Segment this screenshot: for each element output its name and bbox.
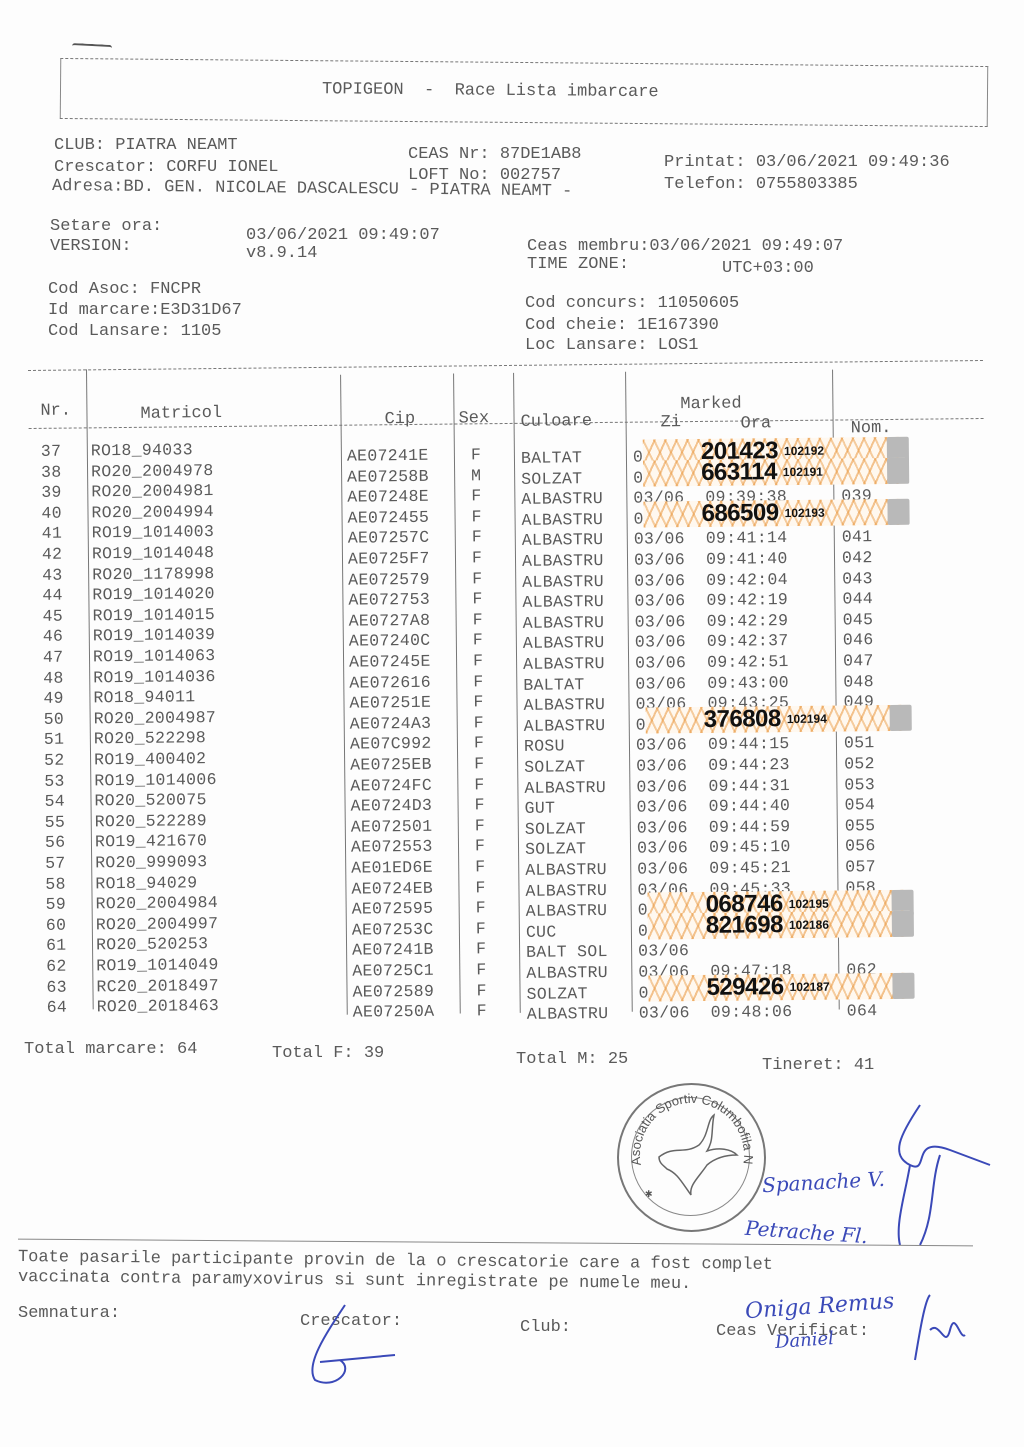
loc-lansare-line: Loc Lansare: LOS1 bbox=[525, 336, 698, 355]
cell-ora: 09:42:19 bbox=[706, 590, 788, 610]
cell-sex: F bbox=[476, 940, 486, 959]
cell-matricol: RO20_2004987 bbox=[94, 708, 217, 728]
cell-cip: AE0724FC bbox=[350, 775, 432, 795]
cell-nom: 054 bbox=[845, 795, 876, 814]
cell-ora: 09:44:40 bbox=[709, 796, 791, 816]
header-culoare: Culoare bbox=[520, 412, 592, 432]
telefon-line: Telefon: 0755803385 bbox=[664, 175, 858, 194]
col-divider-culoare bbox=[625, 372, 633, 1012]
cell-cip: AE072753 bbox=[348, 590, 430, 610]
cell-sex: F bbox=[475, 878, 485, 897]
header-matricol: Matricol bbox=[140, 404, 222, 424]
cell-matricol: RO19_1014003 bbox=[92, 522, 215, 542]
cell-ora: 09:42:04 bbox=[706, 570, 788, 590]
chip-icon bbox=[892, 911, 914, 937]
sticker-serial: 102186 bbox=[789, 917, 829, 931]
semnatura-label: Semnatura: bbox=[18, 1304, 120, 1323]
cell-sex: F bbox=[477, 1001, 487, 1020]
cell-sex: F bbox=[471, 486, 481, 505]
cell-culoare: ALBASTRU bbox=[522, 551, 604, 571]
chip-icon bbox=[887, 457, 909, 483]
ring-sticker: 686509102193 bbox=[643, 499, 905, 528]
signature-4: Daniel bbox=[774, 1328, 834, 1353]
cell-ora: 09:42:29 bbox=[707, 611, 789, 631]
title-box-right-border bbox=[987, 66, 989, 126]
cell-culoare: ALBASTRU bbox=[523, 654, 605, 674]
cell-sex: F bbox=[476, 981, 486, 1000]
cell-zi: 03/06 bbox=[637, 859, 688, 879]
cell-matricol: RO20_2004994 bbox=[91, 502, 214, 522]
cell-zi: 03/06 bbox=[634, 571, 685, 591]
col-divider-sex bbox=[513, 373, 521, 1013]
cell-nr: 45 bbox=[42, 606, 63, 625]
cell-sex: F bbox=[474, 795, 484, 814]
cell-ora: 09:41:14 bbox=[706, 528, 788, 548]
cell-sex: M bbox=[471, 466, 481, 485]
sticker-serial: 102194 bbox=[787, 711, 827, 725]
cell-sex: F bbox=[472, 569, 482, 588]
cell-ora: 09:42:37 bbox=[707, 631, 789, 651]
cell-cip: AE07241E bbox=[347, 446, 429, 466]
cell-nr: 49 bbox=[43, 689, 64, 708]
header-nr: Nr. bbox=[40, 402, 71, 421]
cell-zi: 03/06 bbox=[639, 1003, 690, 1023]
verification-signature-icon bbox=[905, 1290, 975, 1370]
cell-sex: F bbox=[474, 713, 484, 732]
cell-culoare: ALBASTRU bbox=[521, 489, 603, 509]
cell-matricol: RO20_2018463 bbox=[97, 996, 220, 1016]
cell-ora: 09:42:51 bbox=[707, 652, 789, 672]
cell-culoare: ALBASTRU bbox=[526, 963, 608, 983]
cell-culoare: ALBASTRU bbox=[523, 633, 605, 653]
cell-zi: 03/06 bbox=[634, 591, 685, 611]
cell-matricol: RO19_1014049 bbox=[96, 955, 219, 975]
club-line: CLUB: PIATRA NEAMT bbox=[54, 136, 238, 155]
cell-culoare: SOLZAT bbox=[526, 984, 587, 1004]
cell-nr: 38 bbox=[41, 462, 62, 481]
header-sex: Sex bbox=[458, 409, 489, 428]
cell-culoare: ALBASTRU bbox=[527, 1004, 609, 1024]
cell-cip: AE072501 bbox=[351, 817, 433, 837]
ring-sticker: 376808102194 bbox=[646, 705, 908, 734]
cell-ora: 09:43:00 bbox=[707, 673, 789, 693]
signature-3: Oniga Remus bbox=[744, 1289, 895, 1324]
cell-nr: 48 bbox=[43, 668, 64, 687]
cell-ora: 09:45:10 bbox=[709, 837, 791, 857]
cell-culoare: BALTAT bbox=[523, 675, 584, 695]
cell-nom: 053 bbox=[844, 775, 875, 794]
cell-matricol: RO18_94011 bbox=[93, 687, 195, 707]
cell-nr: 52 bbox=[44, 751, 65, 770]
cell-nr: 53 bbox=[44, 771, 65, 790]
title-box-top-border bbox=[60, 58, 988, 67]
cell-nr: 46 bbox=[43, 627, 64, 646]
cell-ora: 09:44:31 bbox=[708, 776, 790, 796]
cell-zi: 03/06 bbox=[636, 736, 687, 756]
cell-sex: F bbox=[472, 548, 482, 567]
version-label: VERSION: bbox=[50, 237, 132, 256]
cell-matricol: RO19_400402 bbox=[94, 749, 206, 769]
cell-ora: 09:44:15 bbox=[708, 734, 790, 754]
ceas-membru-line: Ceas membru:03/06/2021 09:49:07 bbox=[527, 237, 843, 256]
club-stamp: Asociatia Sportiv Columbofila Neamt ✱ bbox=[617, 1083, 766, 1232]
crescator-line: Crescator: CORFU IONEL bbox=[54, 158, 278, 177]
cod-asoc-line: Cod Asoc: FNCPR bbox=[48, 280, 201, 299]
sticker-serial: 102187 bbox=[790, 979, 830, 993]
cell-sex: F bbox=[475, 857, 485, 876]
cell-cip: AE0725F7 bbox=[348, 549, 430, 569]
cell-culoare: CUC bbox=[526, 922, 557, 941]
cell-nr: 55 bbox=[45, 812, 66, 831]
cell-culoare: BALT SOL bbox=[526, 942, 608, 962]
cell-nr: 60 bbox=[46, 915, 67, 934]
cell-nom: 064 bbox=[847, 1001, 878, 1020]
cell-nr: 59 bbox=[45, 895, 66, 914]
cell-matricol: RO20_522298 bbox=[94, 729, 206, 749]
cell-zi: 03/06 bbox=[634, 530, 685, 550]
sticker-serial: 102192 bbox=[784, 444, 824, 458]
cell-cip: AE07253C bbox=[352, 920, 434, 940]
header-zi: Zi bbox=[660, 413, 681, 432]
cell-zi: 03/06 bbox=[635, 653, 686, 673]
cell-ora: 09:44:59 bbox=[709, 817, 791, 837]
cell-culoare: ALBASTRU bbox=[522, 572, 604, 592]
cell-sex: F bbox=[473, 631, 483, 650]
cell-matricol: RO19_1014048 bbox=[92, 543, 215, 563]
cell-culoare: GUT bbox=[525, 799, 556, 818]
cell-cip: AE0724D3 bbox=[350, 796, 432, 816]
cell-zi: 03/06 bbox=[635, 612, 686, 632]
cell-nr: 58 bbox=[45, 874, 66, 893]
cell-sex: F bbox=[472, 528, 482, 547]
cod-concurs-line: Cod concurs: 11050605 bbox=[525, 294, 739, 313]
ceas-nr-line: CEAS Nr: 87DE1AB8 bbox=[408, 145, 581, 164]
header-nom: Nom. bbox=[851, 419, 892, 438]
cell-nr: 43 bbox=[42, 565, 63, 584]
cell-nom: 056 bbox=[845, 837, 876, 856]
cell-cip: AE072455 bbox=[347, 508, 429, 528]
cell-matricol: RC20_2018497 bbox=[96, 976, 219, 996]
cell-cip: AE07241B bbox=[352, 940, 434, 960]
cell-cip: AE0727A8 bbox=[349, 611, 431, 631]
chip-icon bbox=[892, 972, 914, 998]
cell-nr: 61 bbox=[46, 936, 67, 955]
cell-nr: 41 bbox=[42, 524, 63, 543]
cell-nom: 044 bbox=[842, 589, 873, 608]
cell-cip: AE072616 bbox=[349, 672, 431, 692]
cell-sex: F bbox=[473, 672, 483, 691]
header-cip: Cip bbox=[384, 410, 415, 429]
cell-nr: 54 bbox=[44, 792, 65, 811]
cell-matricol: RO20_999093 bbox=[95, 852, 207, 872]
cell-nom: 051 bbox=[844, 734, 875, 753]
cell-matricol: RO19_1014039 bbox=[93, 625, 216, 645]
cod-cheie-line: Cod cheie: 1E167390 bbox=[525, 316, 719, 335]
cell-nom: 043 bbox=[842, 569, 873, 588]
cell-culoare: ALBASTRU bbox=[525, 881, 607, 901]
cell-cip: AE072595 bbox=[352, 899, 434, 919]
cell-matricol: RO20_522289 bbox=[95, 811, 207, 831]
cell-cip: AE0724EB bbox=[351, 878, 433, 898]
cell-zi: 03/06 bbox=[636, 777, 687, 797]
cell-culoare: ALBASTRU bbox=[522, 592, 604, 612]
cell-culoare: ALBASTRU bbox=[522, 530, 604, 550]
cell-culoare: ROSU bbox=[524, 737, 565, 756]
cell-nom: 055 bbox=[845, 816, 876, 835]
cell-nr: 40 bbox=[41, 503, 62, 522]
svg-text:✱: ✱ bbox=[645, 1187, 652, 1201]
cell-zi: 03/06 bbox=[635, 674, 686, 694]
cell-sex: F bbox=[472, 589, 482, 608]
title-box-left-border bbox=[60, 58, 62, 118]
cell-nr: 56 bbox=[45, 833, 66, 852]
total-marcare: Total marcare: 64 bbox=[24, 1040, 197, 1059]
cell-nom: 047 bbox=[843, 651, 874, 670]
cell-cip: AE0725C1 bbox=[352, 961, 434, 981]
cell-culoare: SOLZAT bbox=[524, 757, 585, 777]
cell-matricol: RO20_2004981 bbox=[91, 481, 214, 501]
sticker-code: 663114 bbox=[701, 458, 777, 487]
cell-sex: F bbox=[476, 898, 486, 917]
cell-nr: 47 bbox=[43, 648, 64, 667]
cell-nom: 041 bbox=[842, 528, 873, 547]
cell-ora: 09:41:40 bbox=[706, 549, 788, 569]
cell-nom: 042 bbox=[842, 548, 873, 567]
cell-matricol: RO19_1014036 bbox=[93, 667, 216, 687]
cell-cip: AE07257C bbox=[348, 528, 430, 548]
id-marcare-line: Id marcare:E3D31D67 bbox=[48, 301, 242, 320]
cell-culoare: ALBASTRU bbox=[524, 716, 606, 736]
setare-ora-label: Setare ora: bbox=[50, 217, 162, 236]
cell-cip: AE07251E bbox=[349, 693, 431, 713]
crescator-signature-icon bbox=[300, 1300, 410, 1390]
cell-nom: 048 bbox=[843, 672, 874, 691]
cell-cip: AE0724A3 bbox=[350, 714, 432, 734]
cell-nom: 045 bbox=[843, 610, 874, 629]
cell-sex: F bbox=[473, 610, 483, 629]
sticker-code: 686509 bbox=[701, 499, 778, 528]
ring-sticker: 821698102186 bbox=[648, 911, 910, 940]
setare-ora-value: 03/06/2021 09:49:07 bbox=[246, 226, 440, 245]
cell-matricol: RO20_520253 bbox=[96, 935, 208, 955]
cell-ora: 09:48:06 bbox=[711, 1002, 793, 1022]
cell-sex: F bbox=[474, 734, 484, 753]
marking-table: Nr. Matricol Cip Sex Culoare Marked Zi O… bbox=[28, 360, 1015, 1030]
cell-nr: 39 bbox=[41, 483, 62, 502]
cell-cip: AE072579 bbox=[348, 569, 430, 589]
cell-matricol: RO20_520075 bbox=[94, 790, 206, 810]
cell-matricol: RO18_94033 bbox=[91, 440, 193, 460]
cell-nr: 37 bbox=[41, 442, 62, 461]
sticker-code: 529426 bbox=[706, 973, 783, 1002]
cell-zi: 03/06 bbox=[637, 839, 688, 859]
cell-cip: AE07248E bbox=[347, 487, 429, 507]
version-value: v8.9.14 bbox=[246, 244, 317, 263]
title-box-bottom-border bbox=[60, 118, 988, 127]
cell-matricol: RO20_1178998 bbox=[92, 564, 215, 584]
cell-sex: F bbox=[476, 960, 486, 979]
cell-culoare: ALBASTRU bbox=[525, 860, 607, 880]
cell-culoare: BALTAT bbox=[521, 448, 582, 468]
cell-zi: 03/06 bbox=[634, 550, 685, 570]
sticker-serial: 102193 bbox=[785, 505, 825, 519]
cell-matricol: RO19_1014006 bbox=[94, 770, 217, 790]
cell-cip: AE01ED6E bbox=[351, 858, 433, 878]
cell-matricol: RO20_2004984 bbox=[95, 893, 218, 913]
total-f: Total F: 39 bbox=[272, 1044, 384, 1063]
cell-cip: AE07240C bbox=[349, 631, 431, 651]
ring-sticker: 663114102191 bbox=[643, 457, 905, 486]
cell-culoare: SOLZAT bbox=[521, 469, 582, 489]
cell-cip: AE072553 bbox=[351, 837, 433, 857]
cell-culoare: ALBASTRU bbox=[526, 901, 608, 921]
cell-matricol: RO19_1014063 bbox=[93, 646, 216, 666]
cell-nr: 62 bbox=[46, 957, 67, 976]
cell-cip: AE07258B bbox=[347, 466, 429, 486]
cell-nr: 64 bbox=[47, 998, 68, 1017]
cell-matricol: RO18_94029 bbox=[95, 873, 197, 893]
cell-sex: F bbox=[474, 754, 484, 773]
cell-nr: 63 bbox=[46, 977, 67, 996]
dove-icon: Asociatia Sportiv Columbofila Neamt ✱ bbox=[619, 1085, 764, 1230]
cell-ora: 09:44:23 bbox=[708, 755, 790, 775]
cell-zi: 03/06 bbox=[635, 633, 686, 653]
cell-sex: F bbox=[476, 919, 486, 938]
cell-sex: F bbox=[474, 775, 484, 794]
cell-culoare: ALBASTRU bbox=[524, 778, 606, 798]
cell-sex: F bbox=[475, 816, 485, 835]
cell-culoare: SOLZAT bbox=[525, 819, 586, 839]
cell-culoare: ALBASTRU bbox=[523, 613, 605, 633]
cell-matricol: RO20_2004997 bbox=[96, 914, 219, 934]
cell-culoare: ALBASTRU bbox=[521, 510, 603, 530]
loft-no-line: LOFT No: 002757 bbox=[408, 166, 561, 185]
club-label: Club: bbox=[520, 1318, 571, 1337]
chip-icon bbox=[890, 705, 912, 731]
cell-nr: 50 bbox=[44, 709, 65, 728]
cod-lansare-line: Cod Lansare: 1105 bbox=[48, 322, 221, 341]
sticker-serial: 102191 bbox=[783, 464, 823, 478]
cell-nom: 052 bbox=[844, 754, 875, 773]
cell-nr: 51 bbox=[44, 730, 65, 749]
ring-sticker: 529426102187 bbox=[648, 972, 910, 1001]
chip-icon bbox=[887, 499, 909, 525]
cell-nom: 046 bbox=[843, 631, 874, 650]
cell-zi: 03/06 bbox=[637, 818, 688, 838]
cell-sex: F bbox=[471, 445, 481, 464]
pen-mark bbox=[72, 43, 112, 51]
cell-cip: AE0725EB bbox=[350, 755, 432, 775]
sticker-code: 376808 bbox=[704, 705, 781, 734]
cell-nom: 057 bbox=[845, 857, 876, 876]
sticker-serial: 102195 bbox=[789, 897, 829, 911]
time-zone-label: TIME ZONE: bbox=[527, 255, 629, 274]
cell-culoare: SOLZAT bbox=[525, 840, 586, 860]
cell-sex: F bbox=[471, 507, 481, 526]
cell-matricol: RO19_421670 bbox=[95, 832, 207, 852]
cell-cip: AE07C992 bbox=[350, 734, 432, 754]
cell-sex: F bbox=[473, 651, 483, 670]
time-zone-value: UTC+03:00 bbox=[722, 259, 814, 278]
cell-zi: 03/06 bbox=[636, 756, 687, 776]
cell-culoare: ALBASTRU bbox=[523, 695, 605, 715]
cell-sex: F bbox=[475, 837, 485, 856]
cell-cip: AE072589 bbox=[352, 981, 434, 1001]
col-divider-cip bbox=[453, 374, 461, 1014]
printat-line: Printat: 03/06/2021 09:49:36 bbox=[664, 153, 950, 172]
cell-cip: AE07245E bbox=[349, 652, 431, 672]
cell-ora: 09:45:21 bbox=[709, 858, 791, 878]
header-ora: Ora bbox=[741, 414, 772, 433]
cell-sex: F bbox=[473, 692, 483, 711]
cell-zi: 03/06 bbox=[638, 941, 689, 961]
document-title: TOPIGEON - Race Lista imbarcare bbox=[322, 80, 659, 102]
cell-nr: 44 bbox=[42, 586, 63, 605]
cell-matricol: RO20_2004978 bbox=[91, 461, 214, 481]
cell-zi: 03/06 bbox=[637, 797, 688, 817]
tineret: Tineret: 41 bbox=[762, 1056, 874, 1075]
cell-nr: 57 bbox=[45, 854, 66, 873]
table-top-border bbox=[28, 360, 983, 371]
cell-matricol: RO19_1014015 bbox=[92, 605, 215, 625]
sticker-code: 821698 bbox=[706, 911, 783, 940]
total-m: Total M: 25 bbox=[516, 1050, 628, 1069]
cell-matricol: RO19_1014020 bbox=[92, 584, 215, 604]
title-box: TOPIGEON - Race Lista imbarcare bbox=[60, 58, 988, 126]
cell-cip: AE07250A bbox=[353, 1002, 435, 1022]
cell-nr: 42 bbox=[42, 545, 63, 564]
header-marked: Marked bbox=[680, 395, 741, 415]
